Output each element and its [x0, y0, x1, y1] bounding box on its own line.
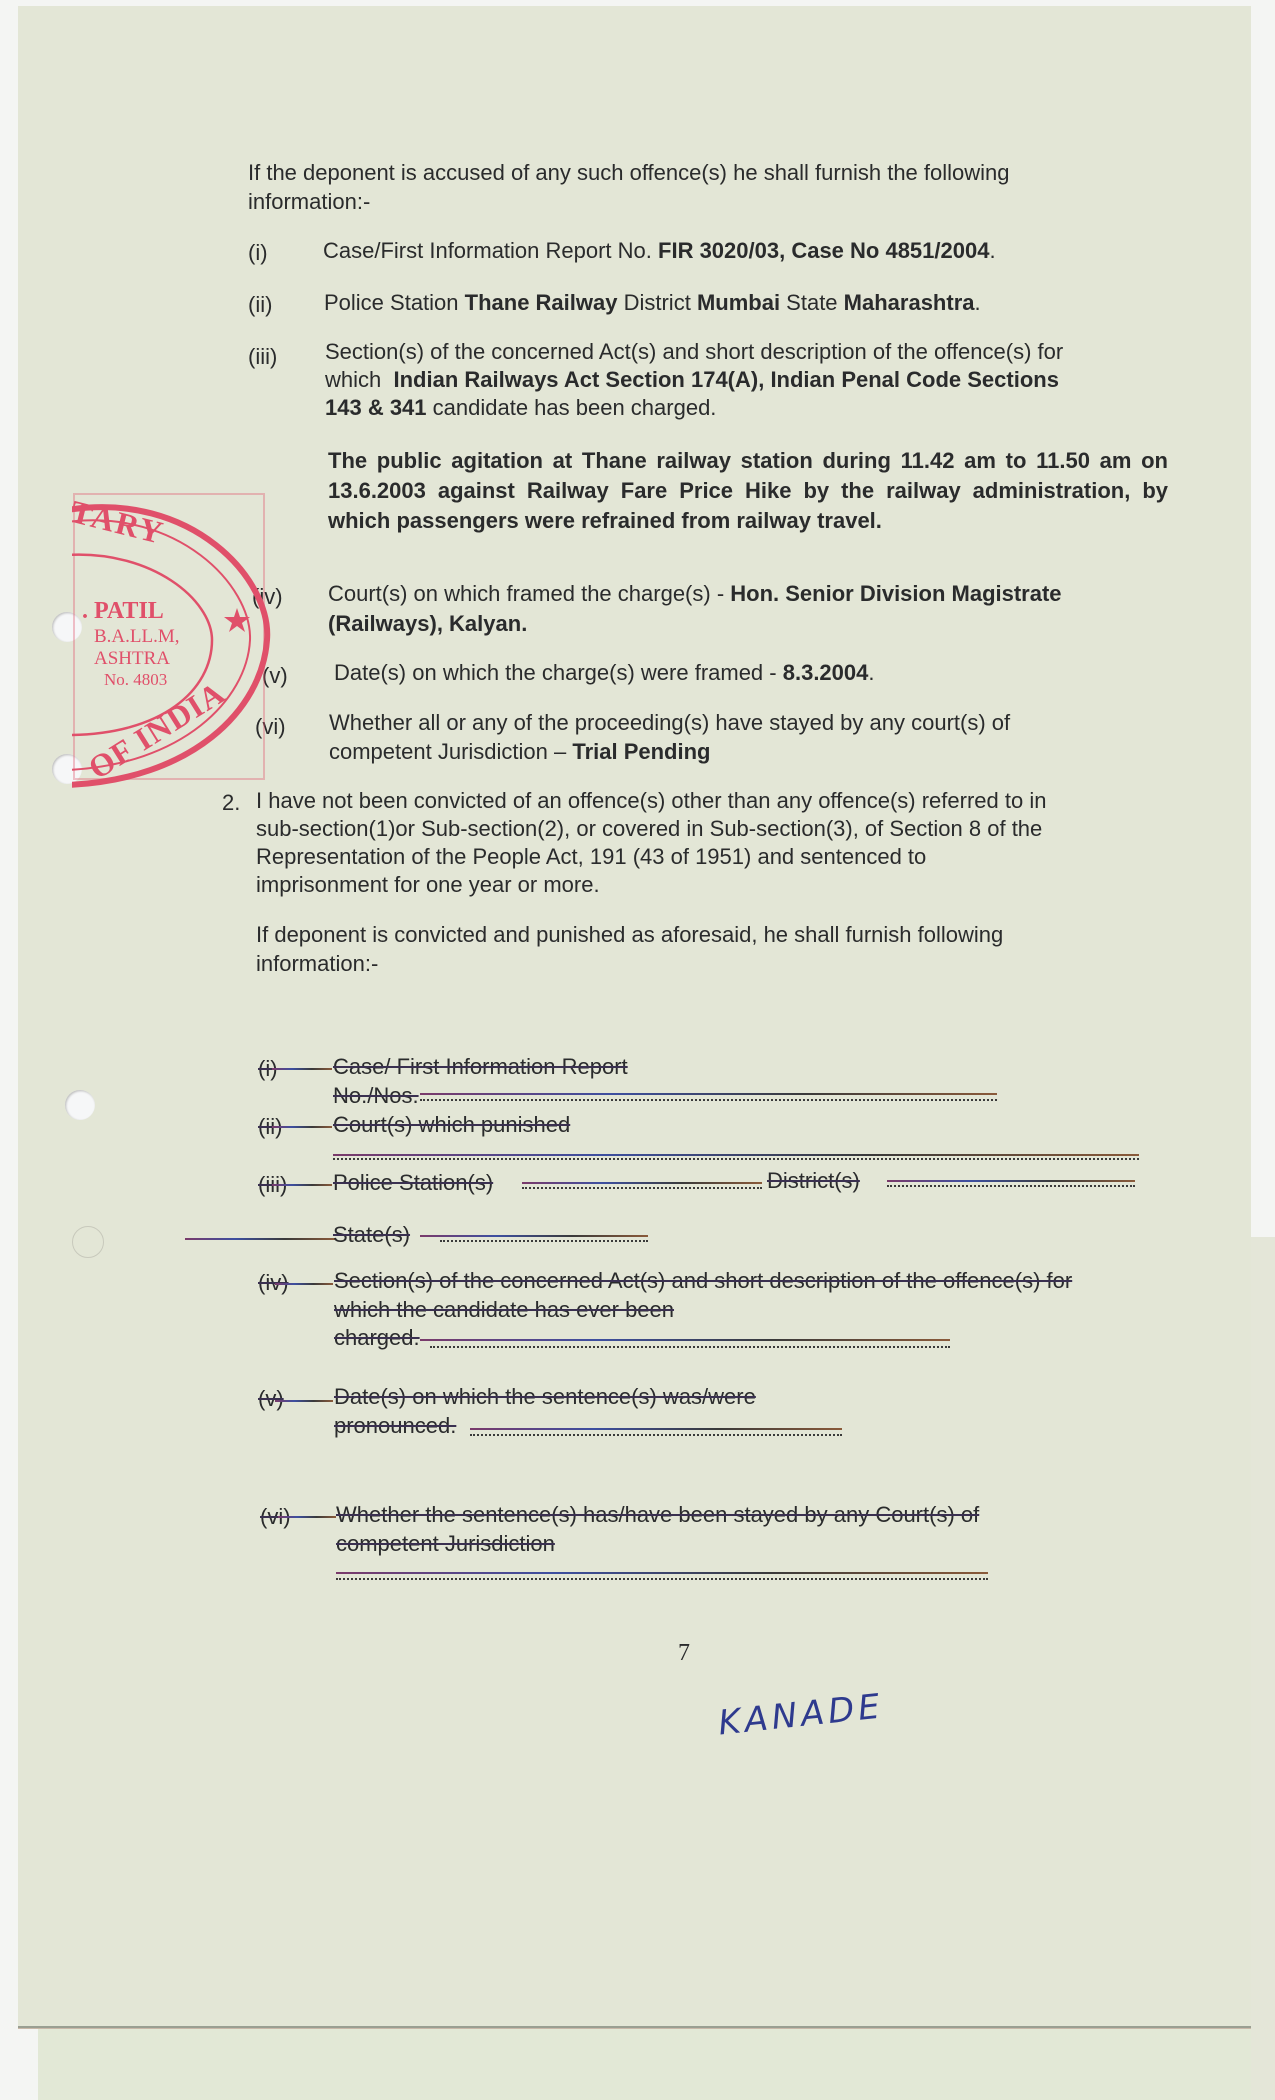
item-number: (i) [248, 238, 268, 267]
underlying-page-right [1251, 1237, 1275, 2100]
label: competent Jurisdiction – [329, 739, 572, 764]
punct: . [989, 238, 995, 263]
strike-line [887, 1180, 1135, 1182]
struck-stay-line1: Whether the sentence(s) has/have been st… [336, 1500, 979, 1529]
punct: . [868, 660, 874, 685]
blank-field-dots [887, 1185, 1135, 1187]
struck-case-label-line2: No./Nos. [333, 1081, 419, 1110]
strike-line [470, 1428, 842, 1430]
intro-text-line2: information:- [248, 187, 370, 216]
strike-line [420, 1235, 648, 1237]
underlying-page-bottom [38, 2026, 1270, 2100]
item-number: (iii) [248, 342, 277, 371]
struck-stay-line2: competent Jurisdiction [336, 1529, 555, 1558]
offence-description: The public agitation at Thane railway st… [328, 446, 1168, 536]
blank-field-dots [522, 1187, 762, 1189]
declaration-line: imprisonment for one year or more. [256, 870, 600, 899]
struck-sections-line1: Section(s) of the concerned Act(s) and s… [334, 1266, 1072, 1295]
strike-line [275, 1400, 333, 1402]
punch-hole [65, 1090, 95, 1120]
label: which [325, 367, 393, 392]
blank-field-dots [470, 1434, 842, 1436]
followup-text-line2: information:- [256, 949, 378, 978]
declaration-line: I have not been convicted of an offence(… [256, 786, 1046, 815]
struck-sentence-date-line1: Date(s) on which the sentence(s) was/wer… [334, 1382, 756, 1411]
sections-line2: which Indian Railways Act Section 174(A)… [325, 365, 1059, 394]
struck-state-label: State(s) [333, 1220, 410, 1249]
punct: . [975, 290, 981, 315]
stay-line1: Whether all or any of the proceeding(s) … [329, 708, 1010, 737]
charge-date-value: 8.3.2004 [783, 660, 869, 685]
item-number: (ii) [248, 290, 272, 319]
stamp-degree: B.A.LL.M, [94, 626, 180, 648]
fir-value: FIR 3020/03, Case No 4851/2004 [658, 238, 989, 263]
punch-hole-faint [72, 1226, 104, 1258]
charge-date-item: Date(s) on which the charge(s) were fram… [334, 658, 875, 687]
struck-sections-line3: charged. [334, 1323, 420, 1352]
notary-stamp: TARY . PATIL B.A.LL.M, ASHTRA No. 4803 O… [72, 480, 282, 800]
declaration-line: Representation of the People Act, 191 (4… [256, 842, 926, 871]
sections-line3: 143 & 341 candidate has been charged. [325, 393, 716, 422]
strike-line [278, 1516, 336, 1518]
struck-case-label: Case/ First Information Report [333, 1052, 628, 1081]
state-value: Maharashtra [844, 290, 975, 315]
struck-district-label: District(s) [767, 1166, 860, 1195]
blank-field-dots [420, 1099, 997, 1101]
struck-sentence-date-line2: pronounced. [334, 1411, 456, 1440]
court-item: Court(s) on which framed the charge(s) -… [328, 579, 1062, 608]
struck-police-station-label: Police Station(s) [333, 1168, 493, 1197]
strike-line [272, 1126, 332, 1128]
stay-line2: competent Jurisdiction – Trial Pending [329, 737, 710, 766]
strike-line [420, 1339, 950, 1341]
strike-line [185, 1238, 335, 1240]
label: State [780, 290, 844, 315]
strike-line [272, 1184, 332, 1186]
court-value-line2: (Railways), Kalyan. [328, 609, 527, 638]
followup-text: If deponent is convicted and punished as… [256, 920, 1003, 949]
strike-line [522, 1182, 762, 1184]
stamp-reg-no: No. 4803 [104, 670, 167, 690]
page-number: 7 [678, 1640, 690, 1667]
acts-value: Indian Railways Act Section 174(A), Indi… [393, 367, 1058, 392]
sections-line1: Section(s) of the concerned Act(s) and s… [325, 337, 1063, 366]
ipc-sections-value: 143 & 341 [325, 395, 427, 420]
strike-line [272, 1068, 332, 1070]
strike-line [333, 1154, 1139, 1156]
struck-sections-line2: which the candidate has ever been [334, 1295, 674, 1324]
court-value: Hon. Senior Division Magistrate [730, 581, 1061, 606]
trial-status-value: Trial Pending [572, 739, 710, 764]
stamp-state: ASHTRA [94, 648, 170, 670]
fir-label: Case/First Information Report No. [323, 238, 658, 263]
intro-text: If the deponent is accused of any such o… [248, 158, 1010, 187]
blank-field-dots [430, 1346, 950, 1348]
blank-field-dots [440, 1240, 648, 1242]
police-station-item: Police Station Thane Railway District Mu… [324, 288, 981, 317]
label: District [617, 290, 696, 315]
blank-field-dots [336, 1578, 988, 1580]
court-label: Court(s) on which framed the charge(s) - [328, 581, 730, 606]
strike-line [275, 1283, 333, 1285]
strike-line [336, 1572, 988, 1574]
district-value: Mumbai [697, 290, 780, 315]
label: Police Station [324, 290, 465, 315]
struck-item-number: (v) [258, 1384, 284, 1413]
stamp-name: . PATIL [82, 598, 164, 625]
charge-date-label: Date(s) on which the charge(s) were fram… [334, 660, 783, 685]
police-station-value: Thane Railway [465, 290, 618, 315]
label: candidate has been charged. [427, 395, 717, 420]
blank-field-dots [333, 1158, 1139, 1160]
struck-court-label: Court(s) which punished [333, 1110, 570, 1139]
strike-line [420, 1093, 997, 1095]
declaration-line: sub-section(1)or Sub-section(2), or cove… [256, 814, 1042, 843]
fir-item: Case/First Information Report No. FIR 30… [323, 236, 996, 265]
